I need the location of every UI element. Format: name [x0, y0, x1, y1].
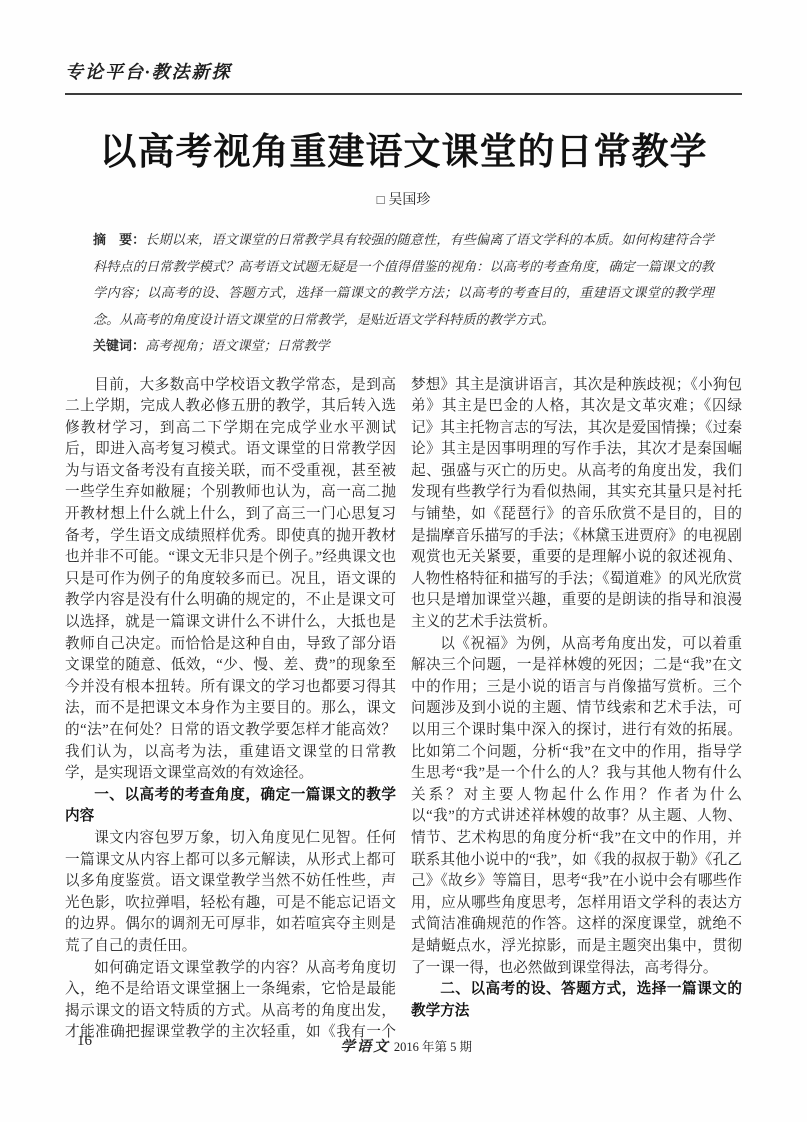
abstract-label: 摘 要：: [93, 232, 145, 247]
abstract-block: 摘 要：长期以来，语文课堂的日常教学具有较强的随意性，有些偏离了语文学科的本质。…: [93, 227, 714, 360]
section-heading-2: 二、以高考的设、答题方式，选择一篇课文的教学方法: [411, 979, 742, 1022]
article-title: 以高考视角重建语文课堂的日常教学: [65, 121, 742, 175]
header-rule: [65, 93, 742, 95]
keywords-label: 关键词：: [93, 338, 145, 353]
body-paragraph-2: 课文内容包罗万象，切入角度见仁见智。任何一篇课文从内容上都可以多元解读，从形式上…: [65, 828, 396, 958]
journal-issue-line: 学语文2016 年第 5 期: [340, 1035, 472, 1056]
page-content: 专论平台·教法新探 以高考视角重建语文课堂的日常教学 □吴国珍 摘 要：长期以来…: [65, 0, 742, 1063]
article-body-columns: 目前，大多数高中学校语文教学常态，是到高二上学期，完成人教必修五册的教学，其后转…: [65, 375, 742, 1063]
keywords-text: 高考视角；语文课堂；日常教学: [145, 338, 330, 353]
abstract-text: 长期以来，语文课堂的日常教学具有较强的随意性，有些偏离了语文学科的本质。如何构建…: [93, 232, 714, 327]
abstract-paragraph: 摘 要：长期以来，语文课堂的日常教学具有较强的随意性，有些偏离了语文学科的本质。…: [93, 227, 714, 333]
section-heading-1: 一、以高考的考查角度，确定一篇课文的教学内容: [65, 785, 396, 828]
page-footer: 16 学语文2016 年第 5 期: [65, 1033, 742, 1057]
page-number: 16: [77, 1033, 92, 1050]
journal-page-scan: 专论平台·教法新探 以高考视角重建语文课堂的日常教学 □吴国珍 摘 要：长期以来…: [0, 0, 807, 1122]
author-marker-icon: □: [377, 192, 385, 208]
author-name: 吴国珍: [388, 193, 430, 208]
journal-name: 学语文: [340, 1039, 390, 1055]
author-line: □吴国珍: [65, 189, 742, 209]
keywords-paragraph: 关键词：高考视角；语文课堂；日常教学: [93, 333, 714, 360]
body-paragraph-1: 目前，大多数高中学校语文教学常态，是到高二上学期，完成人教必修五册的教学，其后转…: [65, 375, 396, 785]
body-paragraph-4: 以《祝福》为例，从高考角度出发，可以着重解决三个问题，一是祥林嫂的死因；二是“我…: [411, 634, 742, 980]
column-section-header: 专论平台·教法新探: [65, 0, 742, 84]
journal-issue: 2016 年第 5 期: [394, 1040, 472, 1054]
